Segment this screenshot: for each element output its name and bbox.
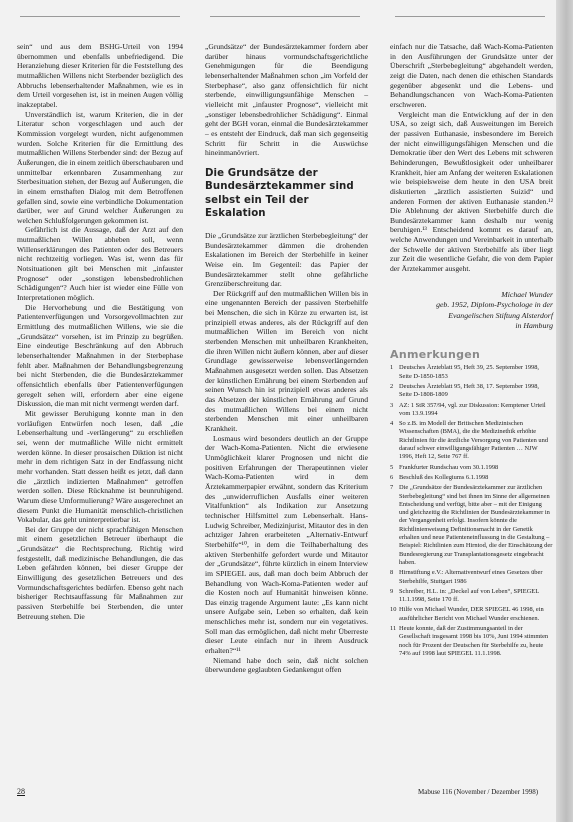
paragraph: einfach nur die Tatsache, daß Wach-Koma-…	[390, 42, 553, 110]
paragraph: Die Hervorhebung und die Bestätigung von…	[17, 303, 183, 409]
footnote: 10Hilfe von Michael Wunder, DER SPIEGEL …	[390, 606, 553, 623]
page-edge-shadow	[556, 0, 573, 822]
paragraph: Niemand habe doch sein, daß nicht solche…	[205, 656, 368, 675]
footnote: 6Beschluß des Kollegiums 6.1.1998	[390, 474, 553, 482]
footnote: 2Deutsches Ärzteblatt 95, Heft 38, 17. S…	[390, 383, 553, 400]
author-name: Michael Wunder	[390, 290, 553, 301]
paragraph: Bei der Gruppe der nicht sprachfähigen M…	[17, 525, 183, 622]
paragraph: Losmaus wird besonders deutlich an der G…	[205, 434, 368, 656]
author-bio-line: Evangelischen Stiftung Alsterdorf	[390, 311, 553, 322]
paragraph: Unverständlich ist, warum Kriterien, die…	[17, 110, 183, 226]
footnote: 3AZ: 1 StR 357/94, vgl. zur Diskussion: …	[390, 402, 553, 419]
author-bio-line: geb. 1952, Diplom-Psychologe in der	[390, 300, 553, 311]
document-page: sein“ und aus dem BSHG-Urteil von 1994 ü…	[0, 0, 556, 822]
author-bio-line: in Hamburg	[390, 321, 553, 332]
notes-heading: Anmerkungen	[390, 350, 553, 360]
header-rule	[210, 16, 360, 17]
footnote: 7Die „Grundsätze der Bundesärztekammer z…	[390, 484, 553, 567]
paragraph: Vergleicht man die Entwicklung auf der i…	[390, 110, 553, 274]
section-heading: Die Grundsätze der Bundesärztekammer sin…	[205, 167, 368, 221]
text-column-1: sein“ und aus dem BSHG-Urteil von 1994 ü…	[17, 42, 183, 621]
footnote: 4So z.B. im Modell der Britischen Medizi…	[390, 420, 553, 461]
journal-footer: Mabuse 116 (November / Dezember 1998)	[418, 788, 538, 796]
page-number: 28	[17, 787, 25, 796]
paragraph: Mit gewisser Beruhigung konnte man in de…	[17, 409, 183, 525]
footnote: 11Heute konnte, daß der Zustimmungsantei…	[390, 625, 553, 658]
paragraph: sein“ und aus dem BSHG-Urteil von 1994 ü…	[17, 42, 183, 110]
text-column-2: „Grundsätze“ der Bundesärztekammer forde…	[205, 42, 368, 675]
paragraph: Die „Grundsätze zur ärztlichen Sterbebeg…	[205, 231, 368, 289]
header-rule	[20, 16, 180, 17]
footnote: 1Deutsches Ärzteblatt 95, Heft 39, 25. S…	[390, 364, 553, 381]
footnote: 9Schreiber, H.L. in: „Deckel auf von Leb…	[390, 588, 553, 605]
paragraph: „Grundsätze“ der Bundesärztekammer forde…	[205, 42, 368, 158]
paragraph: Gefährlich ist die Aussage, daß der Arzt…	[17, 225, 183, 302]
header-rule	[395, 16, 545, 17]
author-signature: Michael Wunder geb. 1952, Diplom-Psychol…	[390, 290, 553, 332]
paragraph: Der Rückgriff auf den mutmaßlichen Wille…	[205, 289, 368, 434]
footnote: 8Hirnstiftung e.V.: Alternativentwurf ei…	[390, 569, 553, 586]
footnotes-list: 1Deutsches Ärzteblatt 95, Heft 39, 25. S…	[390, 364, 553, 658]
text-column-3: einfach nur die Tatsache, daß Wach-Koma-…	[390, 42, 553, 660]
footnote: 5Frankfurter Rundschau vom 30.1.1998	[390, 464, 553, 472]
